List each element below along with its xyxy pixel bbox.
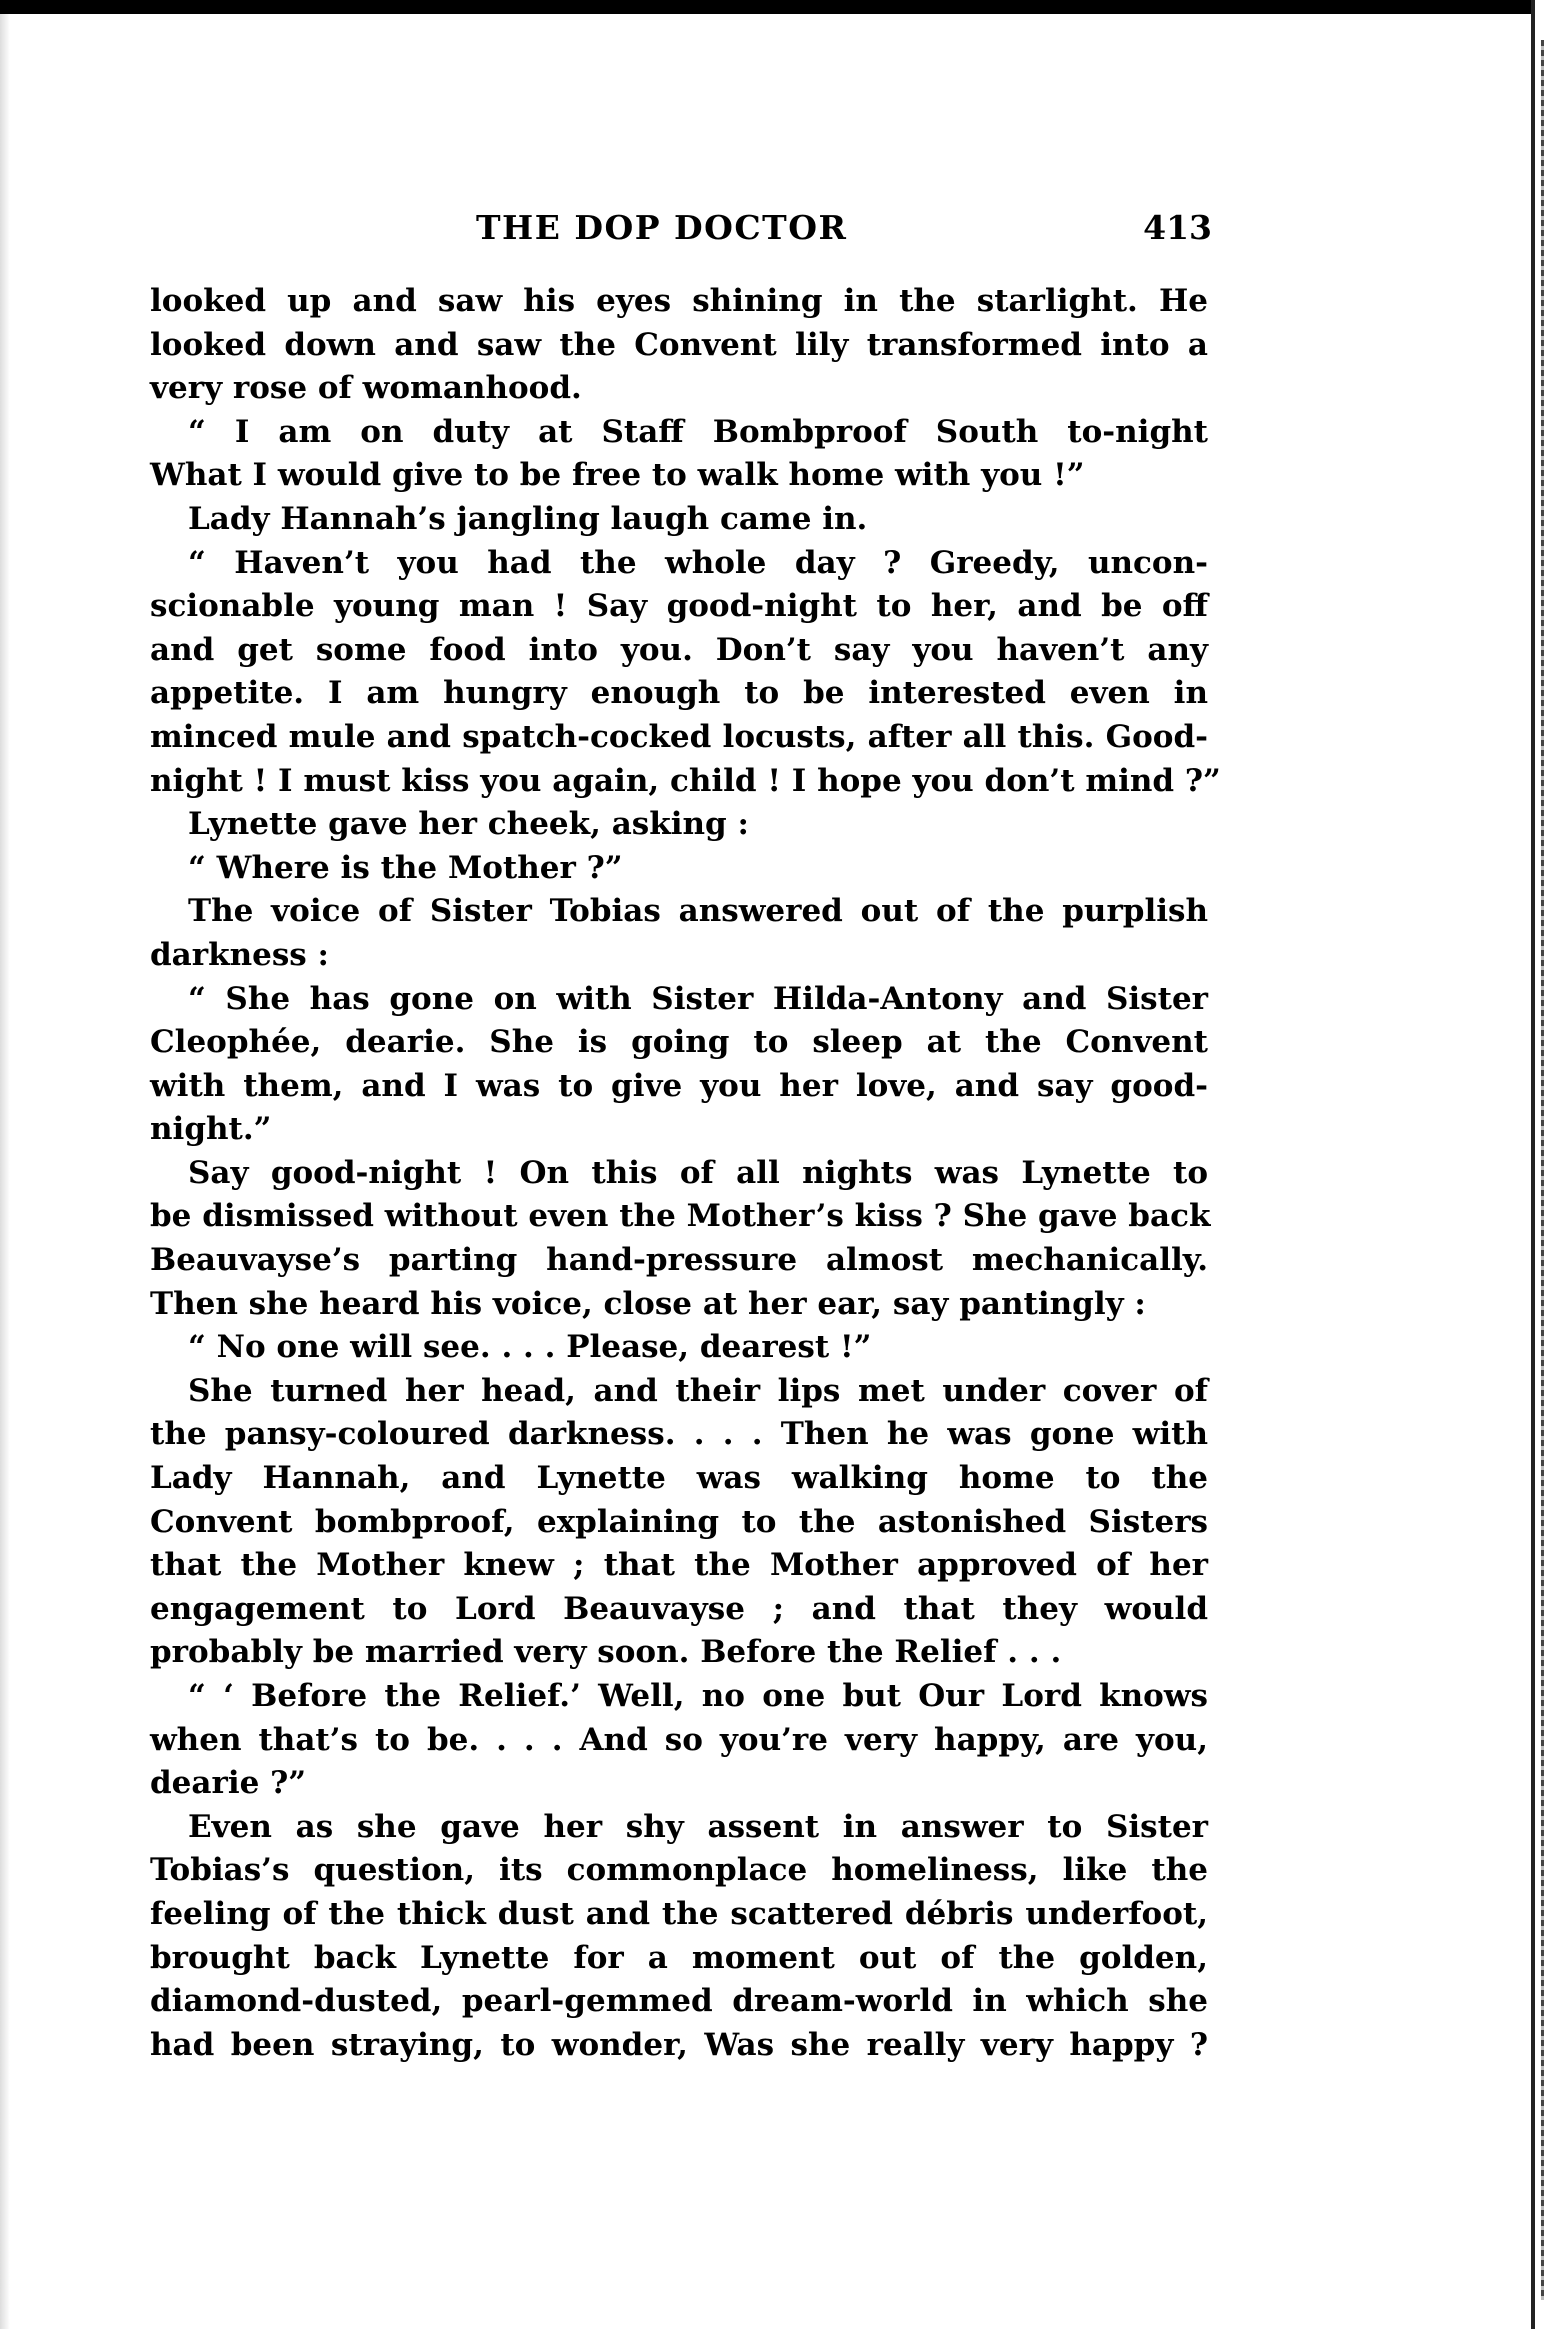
text-line: night.” xyxy=(150,1108,1208,1152)
text-line: “ ‘ Before the Relief.’ Well, no one but… xyxy=(150,1675,1208,1719)
text-line: Lady Hannah’s jangling laugh came in. xyxy=(150,498,1208,542)
body-text: looked up and saw his eyes shining in th… xyxy=(150,280,1208,2067)
text-line: night ! I must kiss you again, child ! I… xyxy=(150,760,1208,804)
text-line: had been straying, to wonder, Was she re… xyxy=(150,2024,1208,2068)
text-line: The voice of Sister Tobias answered out … xyxy=(150,890,1208,934)
text-line: “ Haven’t you had the whole day ? Greedy… xyxy=(150,542,1208,586)
running-head-title: THE DOP DOCTOR xyxy=(476,208,847,247)
text-line: “ No one will see. . . . Please, dearest… xyxy=(150,1326,1208,1370)
book-spine-edge xyxy=(1531,0,1557,2329)
text-line: Tobias’s question, its commonplace homel… xyxy=(150,1849,1208,1893)
text-line: “ Where is the Mother ?” xyxy=(150,847,1208,891)
text-line: very rose of womanhood. xyxy=(150,367,1208,411)
text-line: when that’s to be. . . . And so you’re v… xyxy=(150,1719,1208,1763)
text-line: Say good-night ! On this of all nights w… xyxy=(150,1152,1208,1196)
text-line: Beauvayse’s parting hand-pressure almost… xyxy=(150,1239,1208,1283)
text-line: looked up and saw his eyes shining in th… xyxy=(150,280,1208,324)
text-line: scionable young man ! Say good-night to … xyxy=(150,585,1208,629)
text-line: feeling of the thick dust and the scatte… xyxy=(150,1893,1208,1937)
text-line: with them, and I was to give you her lov… xyxy=(150,1065,1208,1109)
text-line: that the Mother knew ; that the Mother a… xyxy=(150,1544,1208,1588)
text-line: “ She has gone on with Sister Hilda-Anto… xyxy=(150,978,1208,1022)
text-line: Then she heard his voice, close at her e… xyxy=(150,1283,1208,1327)
text-line: Cleophée, dearie. She is going to sleep … xyxy=(150,1021,1208,1065)
text-line: appetite. I am hungry enough to be inter… xyxy=(150,672,1208,716)
text-line: probably be married very soon. Before th… xyxy=(150,1631,1208,1675)
text-line: be dismissed without even the Mother’s k… xyxy=(150,1195,1208,1239)
text-line: Even as she gave her shy assent in answe… xyxy=(150,1806,1208,1850)
text-line: looked down and saw the Convent lily tra… xyxy=(150,324,1208,368)
text-line: “ I am on duty at Staff Bombproof South … xyxy=(150,411,1208,455)
scan-left-shadow xyxy=(0,14,10,2329)
text-line: darkness : xyxy=(150,934,1208,978)
page-number: 413 xyxy=(1143,208,1212,247)
text-line: diamond-dusted, pearl-gemmed dream-world… xyxy=(150,1980,1208,2024)
text-line: engagement to Lord Beauvayse ; and that … xyxy=(150,1588,1208,1632)
text-line: She turned her head, and their lips met … xyxy=(150,1370,1208,1414)
running-header: THE DOP DOCTOR 413 xyxy=(476,208,1212,248)
text-line: What I would give to be free to walk hom… xyxy=(150,454,1208,498)
text-line: brought back Lynette for a moment out of… xyxy=(150,1937,1208,1981)
text-line: the pansy-coloured darkness. . . . Then … xyxy=(150,1413,1208,1457)
text-line: dearie ?” xyxy=(150,1762,1208,1806)
text-line: Convent bombproof, explaining to the ast… xyxy=(150,1501,1208,1545)
text-line: Lynette gave her cheek, asking : xyxy=(150,803,1208,847)
text-line: and get some food into you. Don’t say yo… xyxy=(150,629,1208,673)
text-line: Lady Hannah, and Lynette was walking hom… xyxy=(150,1457,1208,1501)
scan-top-border xyxy=(0,0,1557,14)
text-line: minced mule and spatch-cocked locusts, a… xyxy=(150,716,1208,760)
